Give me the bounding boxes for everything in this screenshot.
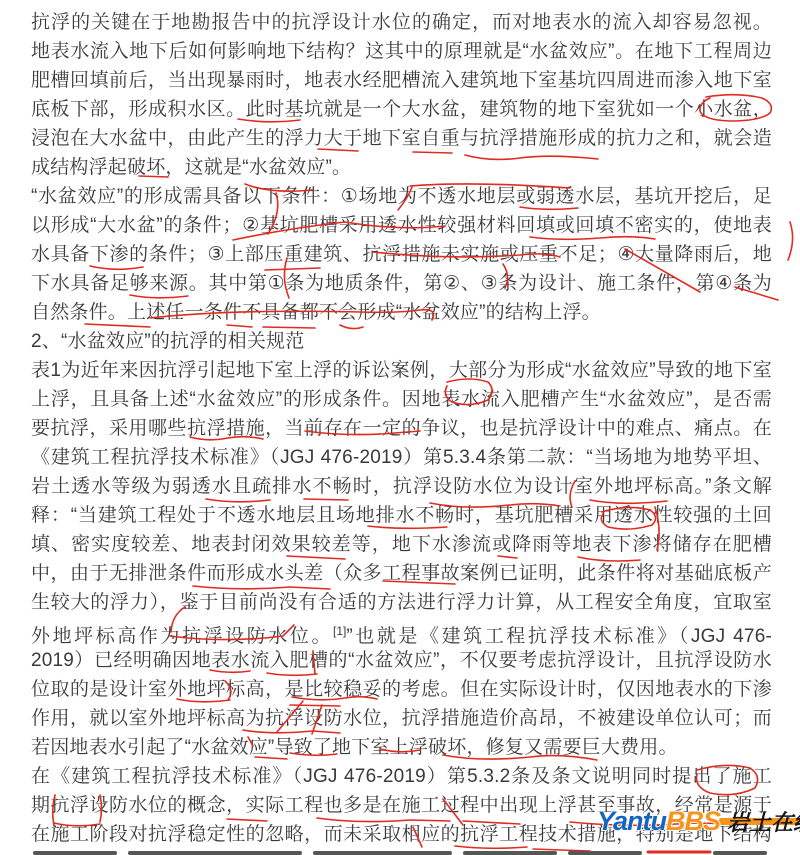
text-line: 成结构浮起破坏，这就是“水盆效应”。	[31, 153, 772, 182]
text-line: 浸泡在大水盆中，由此产生的浮力大于地下室自重与抗浮措施形成的抗力之和，就会造	[31, 124, 772, 153]
text-line: 水具备下渗的条件；③上部压重建筑、抗浮措施未实施或压重不足；④大量降雨后，地	[31, 240, 772, 269]
text-line: 岩土透水等级为弱透水且疏排水不畅时，抗浮设防水位为设计室外地坪标高。”条文解	[31, 472, 772, 501]
footnote-ref: [1]	[333, 624, 346, 638]
watermark-cn-text: 岩土在线	[727, 810, 800, 835]
text-line: 要抗浮，采用哪些抗浮措施，当前存在一定的争议，也是抗浮设计中的难点、痛点。在	[31, 414, 772, 443]
watermark-logo: YantuBBS岩土在线	[597, 805, 800, 838]
text-line: 2019）已经明确因地表水流入肥槽的“水盆效应”，不仅要考虑抗浮设计，且抗浮设防…	[31, 646, 772, 675]
text-line: 中，由于无排泄条件而形成水头差（众多工程事故案例已证明，此条件将对基础底板产	[31, 559, 772, 588]
text-line: 填、密实度较差、地表封闭效果较差等，地下水渗流或降雨等地表下渗将储存在肥槽	[31, 530, 772, 559]
text-line: 在《建筑工程抗浮技术标准》（JGJ 476-2019）第5.3.2条及条文说明同…	[31, 762, 772, 791]
text-line: 以形成“大水盆”的条件；②基坑肥槽采用透水性较强材料回填或回填不密实的，使地表	[31, 211, 772, 240]
text-line: 肥槽回填前后，当出现暴雨时，地表水经肥槽流入建筑地下室基坑四周进而渗入地下室	[31, 66, 772, 95]
text-line: 作用，就以室外地坪标高为抗浮设防水位，抗浮措施造价高昂，不被建设单位认可；而	[31, 704, 772, 733]
watermark-cn: 岩土在线	[724, 805, 800, 838]
watermark-yantu: Yantu	[597, 806, 666, 837]
text-line: 《建筑工程抗浮技术标准》（JGJ 476-2019）第5.3.4条第二款：“当场…	[31, 443, 772, 472]
text-line: 上浮，且具备上述“水盆效应”的形成条件。因地表水流入肥槽产生“水盆效应”，是否需	[31, 385, 772, 414]
text-line: 若因地表水引起了“水盆效应”导致了地下室上浮破坏，修复又需要巨大费用。	[31, 733, 772, 762]
text-line: 下水具备足够来源。其中第①条为地质条件，第②、③条为设计、施工条件，第④条为	[31, 269, 772, 298]
text-line: 2、“水盆效应”的抗浮的相关规范	[31, 327, 772, 356]
text-line: “水盆效应”的形成需具备以下条件：①场地为不透水地层或弱透水层，基坑开挖后，足	[31, 182, 772, 211]
text-line: 释：“当建筑工程处于不透水地层且场地排水不畅时，基坑肥槽采用透水性较强的土回	[31, 501, 772, 530]
text-line: 底板下部，形成积水区。此时基坑就是一个大水盆，建筑物的地下室犹如一个小水盆，	[31, 95, 772, 124]
pen-stroke	[533, 849, 590, 851]
text-line: 地表水流入地下后如何影响地下结构？这其中的原理就是“水盆效应”。在地下工程周边	[31, 37, 772, 66]
text-line: 生较大的浮力），鉴于目前尚没有合适的方法进行浮力计算，从工程安全角度，宜取室	[31, 588, 772, 617]
text-line: 表1为近年来因抗浮引起地下室上浮的诉讼案例，大部分为形成“水盆效应”导致的地下室	[31, 356, 772, 385]
text-line: 自然条件。上述任一条件不具备都不会形成“水盆效应”的结构上浮。	[31, 298, 772, 327]
text-line: 位取的是设计室外地坪标高，是比较稳妥的考虑。但在实际设计时，仅因地表水的下渗	[31, 675, 772, 704]
article-text: 抗浮的关键在于地勘报告中的抗浮设计水位的确定，而对地表水的流入却容易忽视。地表水…	[0, 0, 800, 849]
text-line: 外地坪标高作为抗浮设防水位。[1]”也就是《建筑工程抗浮技术标准》（JGJ 47…	[31, 617, 772, 646]
watermark-bbs: BBS	[666, 806, 720, 837]
text-line: 抗浮的关键在于地勘报告中的抗浮设计水位的确定，而对地表水的流入却容易忽视。	[31, 8, 772, 37]
